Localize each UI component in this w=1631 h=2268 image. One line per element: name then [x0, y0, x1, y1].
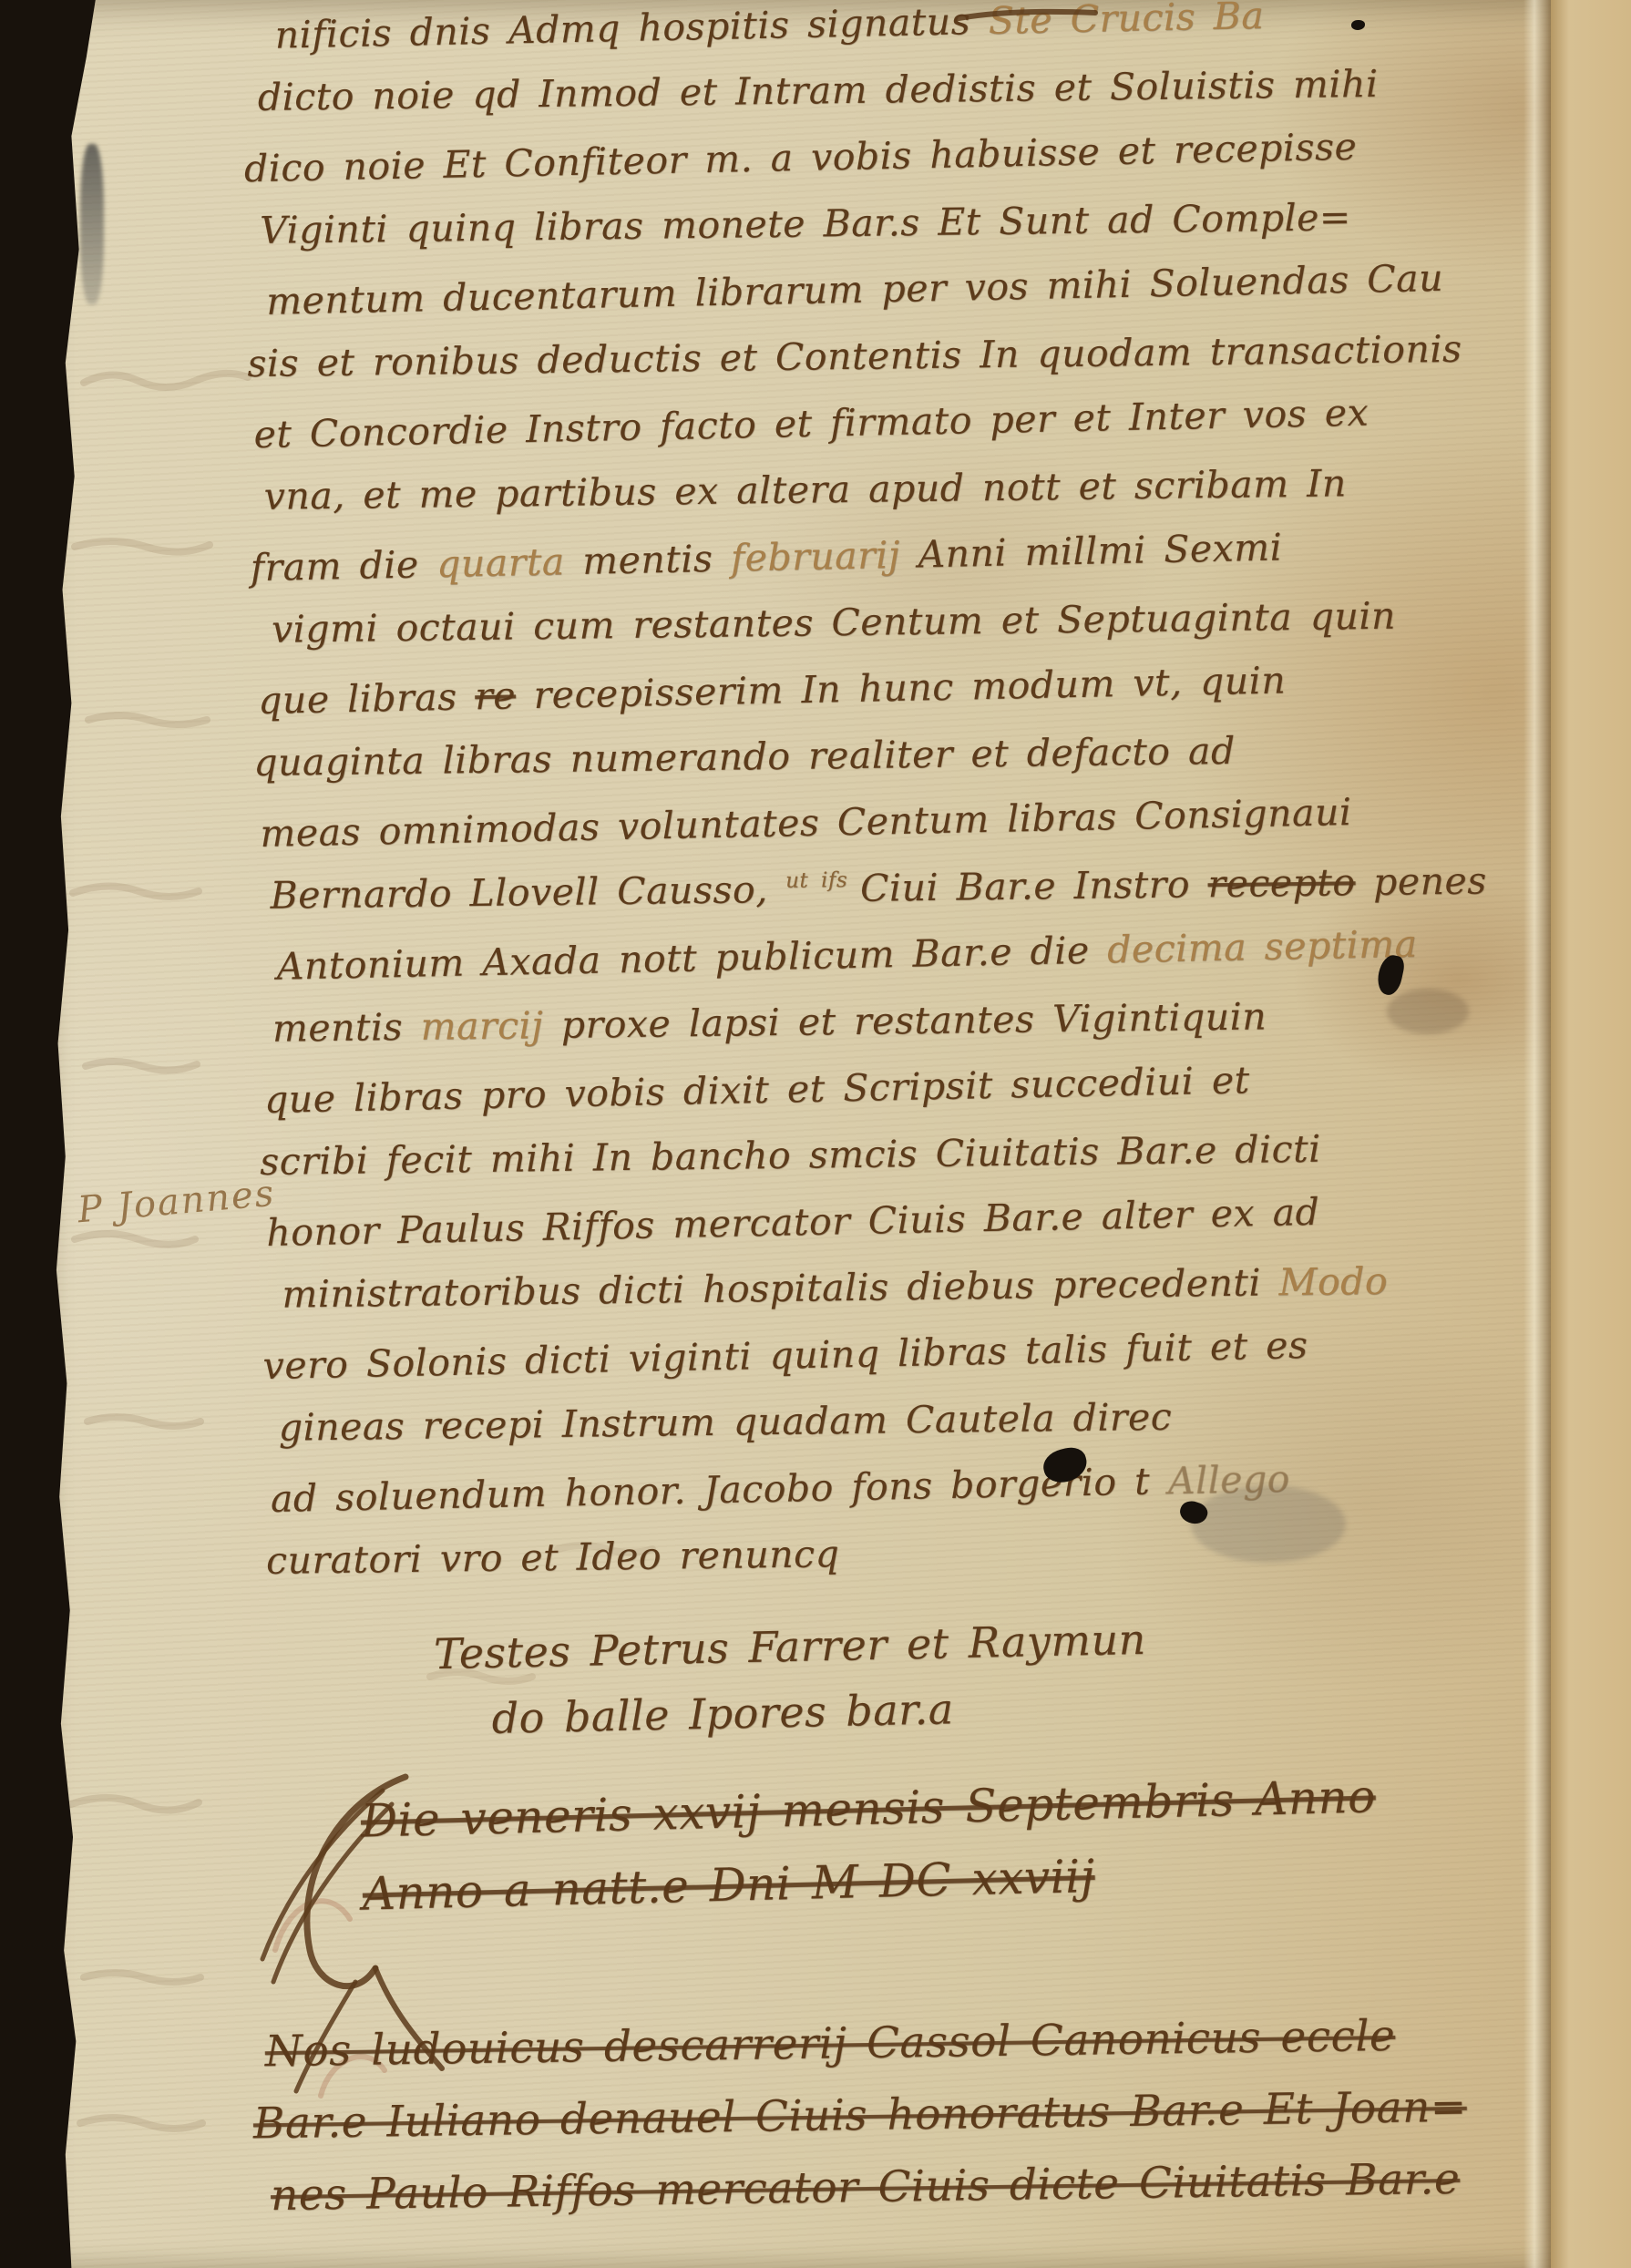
- photograph-background: P Joannes nificis dnis Admq hospitis sig…: [0, 0, 1631, 2268]
- text-run: ut ifs: [785, 868, 860, 893]
- text-run: nificis dnis Admq hospitis signatus: [274, 0, 989, 57]
- text-run: do balle Ipores bar.a: [491, 1684, 954, 1743]
- text-run: Anni millmi Sexmi: [899, 525, 1282, 576]
- text-run: decima septima: [1107, 922, 1418, 972]
- text-run: mentis: [272, 1005, 421, 1051]
- body-text-block: nificis dnis Admq hospitis signatus Ste …: [247, 0, 1456, 1607]
- underlying-page-edge: [1538, 0, 1631, 2268]
- text-run: re: [475, 673, 517, 718]
- text-run: que libras: [258, 674, 476, 723]
- text-run: Ciui Bar.e Instro: [860, 862, 1208, 910]
- text-run: februarij: [730, 533, 900, 580]
- text-run: recepto: [1207, 860, 1356, 906]
- text-run: fram die: [250, 542, 436, 590]
- text-run: marcij: [420, 1003, 543, 1049]
- text-run: proxe lapsi et restantes Vigintiquin: [543, 994, 1267, 1047]
- text-run: quarta: [436, 539, 566, 586]
- manuscript-page: P Joannes nificis dnis Admq hospitis sig…: [47, 0, 1551, 2268]
- witness-line: do balle Ipores bar.a: [491, 1680, 1148, 1760]
- text-run: penes: [1355, 858, 1487, 904]
- text-run: mentis: [564, 537, 731, 584]
- cancellation-flourish: [246, 1754, 465, 2100]
- text-run: curatori vro et Ideo renuncq: [266, 1532, 840, 1583]
- witness-attestation-block: Testes Petrus Farrer et Raymundo balle I…: [434, 1615, 1149, 1760]
- text-run: Modo: [1278, 1259, 1388, 1304]
- stray-pen-stroke: [949, 2, 1132, 29]
- text-run: Bernardo Llovell Causso,: [270, 867, 785, 918]
- binding-edge-smudge: [80, 144, 104, 304]
- text-run: Allego: [1150, 1457, 1290, 1503]
- cancelled-date-block: Die veneris xxvij mensis Septembris Anno…: [360, 1770, 1379, 1940]
